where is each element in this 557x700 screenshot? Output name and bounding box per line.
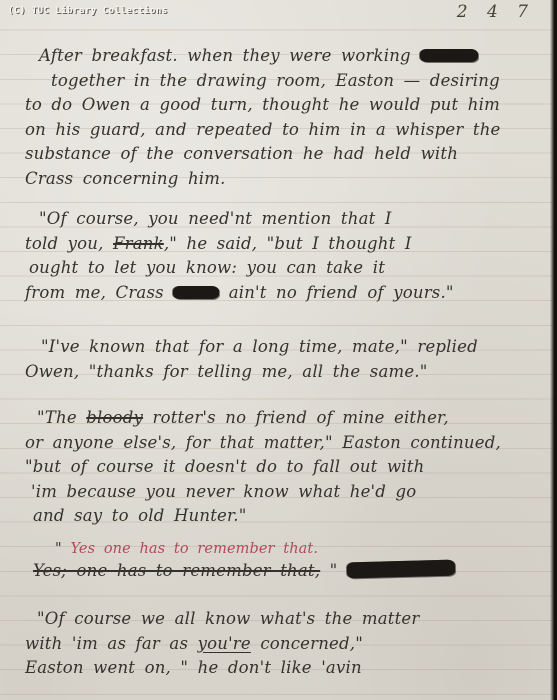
- manuscript-line: and say to old Hunter.": [25, 504, 541, 529]
- handwritten-text: ought to let you know: you can take it: [29, 258, 385, 277]
- manuscript-line: Yes; one has to remember that, ": [25, 559, 541, 584]
- manuscript-line: substance of the conversation he had hel…: [25, 142, 541, 167]
- manuscript-line: After breakfast. when they were working: [25, 44, 541, 69]
- manuscript-line: " Yes one has to remember that.: [25, 539, 541, 559]
- handwritten-text: "Of course we all know what's the matter: [37, 609, 419, 628]
- manuscript-line: to do Owen a good turn, thought he would…: [25, 93, 541, 118]
- handwritten-text: to do Owen a good turn, thought he would…: [25, 95, 500, 114]
- handwritten-text: together in the drawing room, Easton — d…: [51, 71, 500, 90]
- handwritten-text: "Of course, you need'nt mention that I: [39, 209, 392, 228]
- handwritten-text: substance of the conversation he had hel…: [25, 144, 458, 163]
- paragraph: "The bloody rotter's no friend of mine e…: [25, 406, 541, 529]
- struck-text: bloody: [86, 408, 143, 427]
- manuscript-line: ought to let you know: you can take it: [25, 256, 541, 281]
- struck-text: Frank: [113, 234, 164, 253]
- handwritten-text: "The: [37, 408, 86, 427]
- manuscript-line: "but of course it doesn't do to fall out…: [25, 455, 541, 480]
- handwritten-text: or anyone else's, for that matter," East…: [25, 433, 501, 452]
- handwritten-text: rotter's no friend of mine either,: [143, 408, 449, 427]
- struck-text: Yes; one has to remember that,: [33, 561, 320, 580]
- manuscript-page: (C) TUC Library Collections 2 4 7 After …: [0, 0, 557, 700]
- paragraph: "I've known that for a long time, mate,"…: [25, 335, 541, 384]
- manuscript-line: "Of course we all know what's the matter: [25, 607, 541, 632]
- handwritten-text: Crass concerning him.: [25, 169, 226, 188]
- redaction-mark: [173, 286, 219, 299]
- manuscript-line: Easton went on, " he don't like 'avin: [25, 656, 541, 681]
- handwritten-text: ," he said, "but I thought I: [164, 234, 412, 253]
- handwritten-text: ain't no friend of yours.": [219, 283, 453, 302]
- paragraph: "Of course we all know what's the matter…: [25, 607, 541, 681]
- handwritten-text: with 'im as far as: [25, 634, 198, 653]
- handwritten-text: from me, Crass: [25, 283, 173, 302]
- manuscript-body: After breakfast. when they were working …: [25, 44, 541, 681]
- copyright-stamp: (C) TUC Library Collections: [8, 6, 168, 16]
- handwritten-text: After breakfast. when they were working: [39, 46, 420, 65]
- manuscript-line: "The bloody rotter's no friend of mine e…: [25, 406, 541, 431]
- handwritten-text: ": [55, 541, 70, 557]
- handwritten-text: ": [320, 561, 347, 580]
- handwritten-text: told you,: [25, 234, 113, 253]
- handwritten-text: concerned,": [251, 634, 363, 653]
- manuscript-line: with 'im as far as you're concerned,": [25, 632, 541, 657]
- handwritten-text: 'im because you never know what he'd go: [31, 482, 416, 501]
- page-number: 2 4 7: [457, 2, 535, 22]
- handwritten-text: "but of course it doesn't do to fall out…: [25, 457, 424, 476]
- manuscript-line: together in the drawing room, Easton — d…: [25, 69, 541, 94]
- manuscript-line: "Of course, you need'nt mention that I: [25, 207, 541, 232]
- manuscript-line: "I've known that for a long time, mate,"…: [25, 335, 541, 360]
- paragraph: " Yes one has to remember that.Yes; one …: [25, 539, 541, 584]
- handwritten-text: "I've known that for a long time, mate,"…: [41, 337, 478, 356]
- underlined-text: you're: [198, 634, 251, 653]
- manuscript-line: 'im because you never know what he'd go: [25, 480, 541, 505]
- handwritten-text: on his guard, and repeated to him in a w…: [25, 120, 501, 139]
- manuscript-line: on his guard, and repeated to him in a w…: [25, 118, 541, 143]
- paragraph: "Of course, you need'nt mention that Ito…: [25, 207, 541, 305]
- manuscript-line: Owen, "thanks for telling me, all the sa…: [25, 360, 541, 385]
- page-edge-shadow: [550, 0, 557, 700]
- redaction-mark: [347, 559, 455, 578]
- handwritten-text: and say to old Hunter.": [33, 506, 247, 525]
- manuscript-line: told you, Frank," he said, "but I though…: [25, 232, 541, 257]
- paragraph: After breakfast. when they were working …: [25, 44, 541, 191]
- handwritten-text: Owen, "thanks for telling me, all the sa…: [25, 362, 428, 381]
- manuscript-line: from me, Crass ain't no friend of yours.…: [25, 281, 541, 306]
- manuscript-line: or anyone else's, for that matter," East…: [25, 431, 541, 456]
- redaction-mark: [420, 49, 478, 62]
- handwritten-text: Easton went on, " he don't like 'avin: [25, 658, 362, 677]
- red-ink-text: Yes one has to remember that.: [70, 541, 318, 557]
- manuscript-line: Crass concerning him.: [25, 167, 541, 192]
